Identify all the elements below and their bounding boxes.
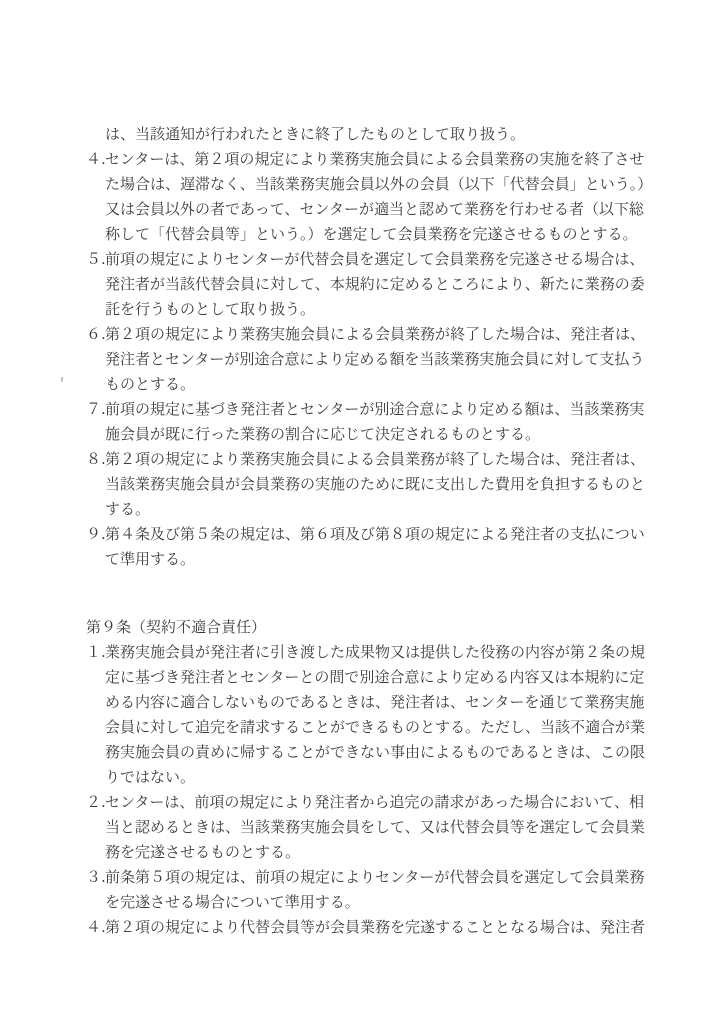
clause-number: ４. bbox=[86, 147, 105, 172]
clause-item: ８.第２項の規定により業務実施会員による会員業務が終了した場合は、発注者は、 当… bbox=[86, 447, 686, 522]
scan-artifact-speck bbox=[61, 377, 64, 382]
clause-number: ６. bbox=[86, 322, 105, 347]
document-body: は、当該通知が行われたときに終了したものとして取り扱う。４.センターは、第２項の… bbox=[86, 122, 686, 940]
clause-text: センターは、前項の規定により発注者から追完の請求があった場合において、相 当と認… bbox=[105, 793, 645, 861]
clause-text: 前項の規定に基づき発注者とセンターが別途合意により定める額は、当該業務実 施会員… bbox=[105, 400, 644, 443]
clause-item: ９.第４条及び第５条の規定は、第６項及び第８項の規定による発注者の支払につい て… bbox=[86, 522, 686, 572]
clause-number: ８. bbox=[86, 447, 105, 472]
clause-item: ７.前項の規定に基づき発注者とセンターが別途合意により定める額は、当該業務実 施… bbox=[86, 397, 686, 447]
clause-text: 第２項の規定により代替会員等が会員業務を完遂することとなる場合は、発注者 bbox=[105, 918, 645, 936]
clause-text: 第２項の規定により業務実施会員による会員業務が終了した場合は、発注者は、 発注者… bbox=[105, 325, 645, 393]
clause-item: ２.センターは、前項の規定により発注者から追完の請求があった場合において、相 当… bbox=[86, 790, 686, 865]
clause-item: ４.センターは、第２項の規定により業務実施会員による会員業務の実施を終了させ た… bbox=[86, 147, 686, 247]
clause-item: ６.第２項の規定により業務実施会員による会員業務が終了した場合は、発注者は、 発… bbox=[86, 322, 686, 397]
clause-number: ２. bbox=[86, 790, 105, 815]
clause-number: ４. bbox=[86, 915, 105, 940]
clause-item: ５.前項の規定によりセンターが代替会員を選定して会員業務を完遂させる場合は、 発… bbox=[86, 247, 686, 322]
document-page: は、当該通知が行われたときに終了したものとして取り扱う。４.センターは、第２項の… bbox=[0, 0, 724, 1024]
clause-number: ３. bbox=[86, 865, 105, 890]
clause-text: センターは、第２項の規定により業務実施会員による会員業務の実施を終了させ た場合… bbox=[105, 150, 652, 243]
clause-text: 第４条及び第５条の規定は、第６項及び第８項の規定による発注者の支払につい て準用… bbox=[105, 525, 645, 568]
clause-item: ３.前条第５項の規定は、前項の規定によりセンターが代替会員を選定して会員業務 を… bbox=[86, 865, 686, 915]
clause-continuation: は、当該通知が行われたときに終了したものとして取り扱う。 bbox=[86, 122, 686, 147]
clause-text: 前項の規定によりセンターが代替会員を選定して会員業務を完遂させる場合は、 発注者… bbox=[105, 250, 645, 318]
clause-item: ４.第２項の規定により代替会員等が会員業務を完遂することとなる場合は、発注者 bbox=[86, 915, 686, 940]
clause-text: は、当該通知が行われたときに終了したものとして取り扱う。 bbox=[105, 125, 525, 143]
clause-text: 業務実施会員が発注者に引き渡した成果物又は提供した役務の内容が第２条の規 定に基… bbox=[105, 643, 645, 786]
clause-number: ５. bbox=[86, 247, 105, 272]
clause-text: 第２項の規定により業務実施会員による会員業務が終了した場合は、発注者は、 当該業… bbox=[105, 450, 645, 518]
article-heading: 第９条（契約不適合責任） bbox=[86, 590, 686, 640]
clause-number: ９. bbox=[86, 522, 105, 547]
clause-number: １. bbox=[86, 640, 105, 665]
clause-text: 前条第５項の規定は、前項の規定によりセンターが代替会員を選定して会員業務 を完遂… bbox=[105, 868, 644, 911]
clause-item: １.業務実施会員が発注者に引き渡した成果物又は提供した役務の内容が第２条の規 定… bbox=[86, 640, 686, 790]
clause-number: ７. bbox=[86, 397, 105, 422]
